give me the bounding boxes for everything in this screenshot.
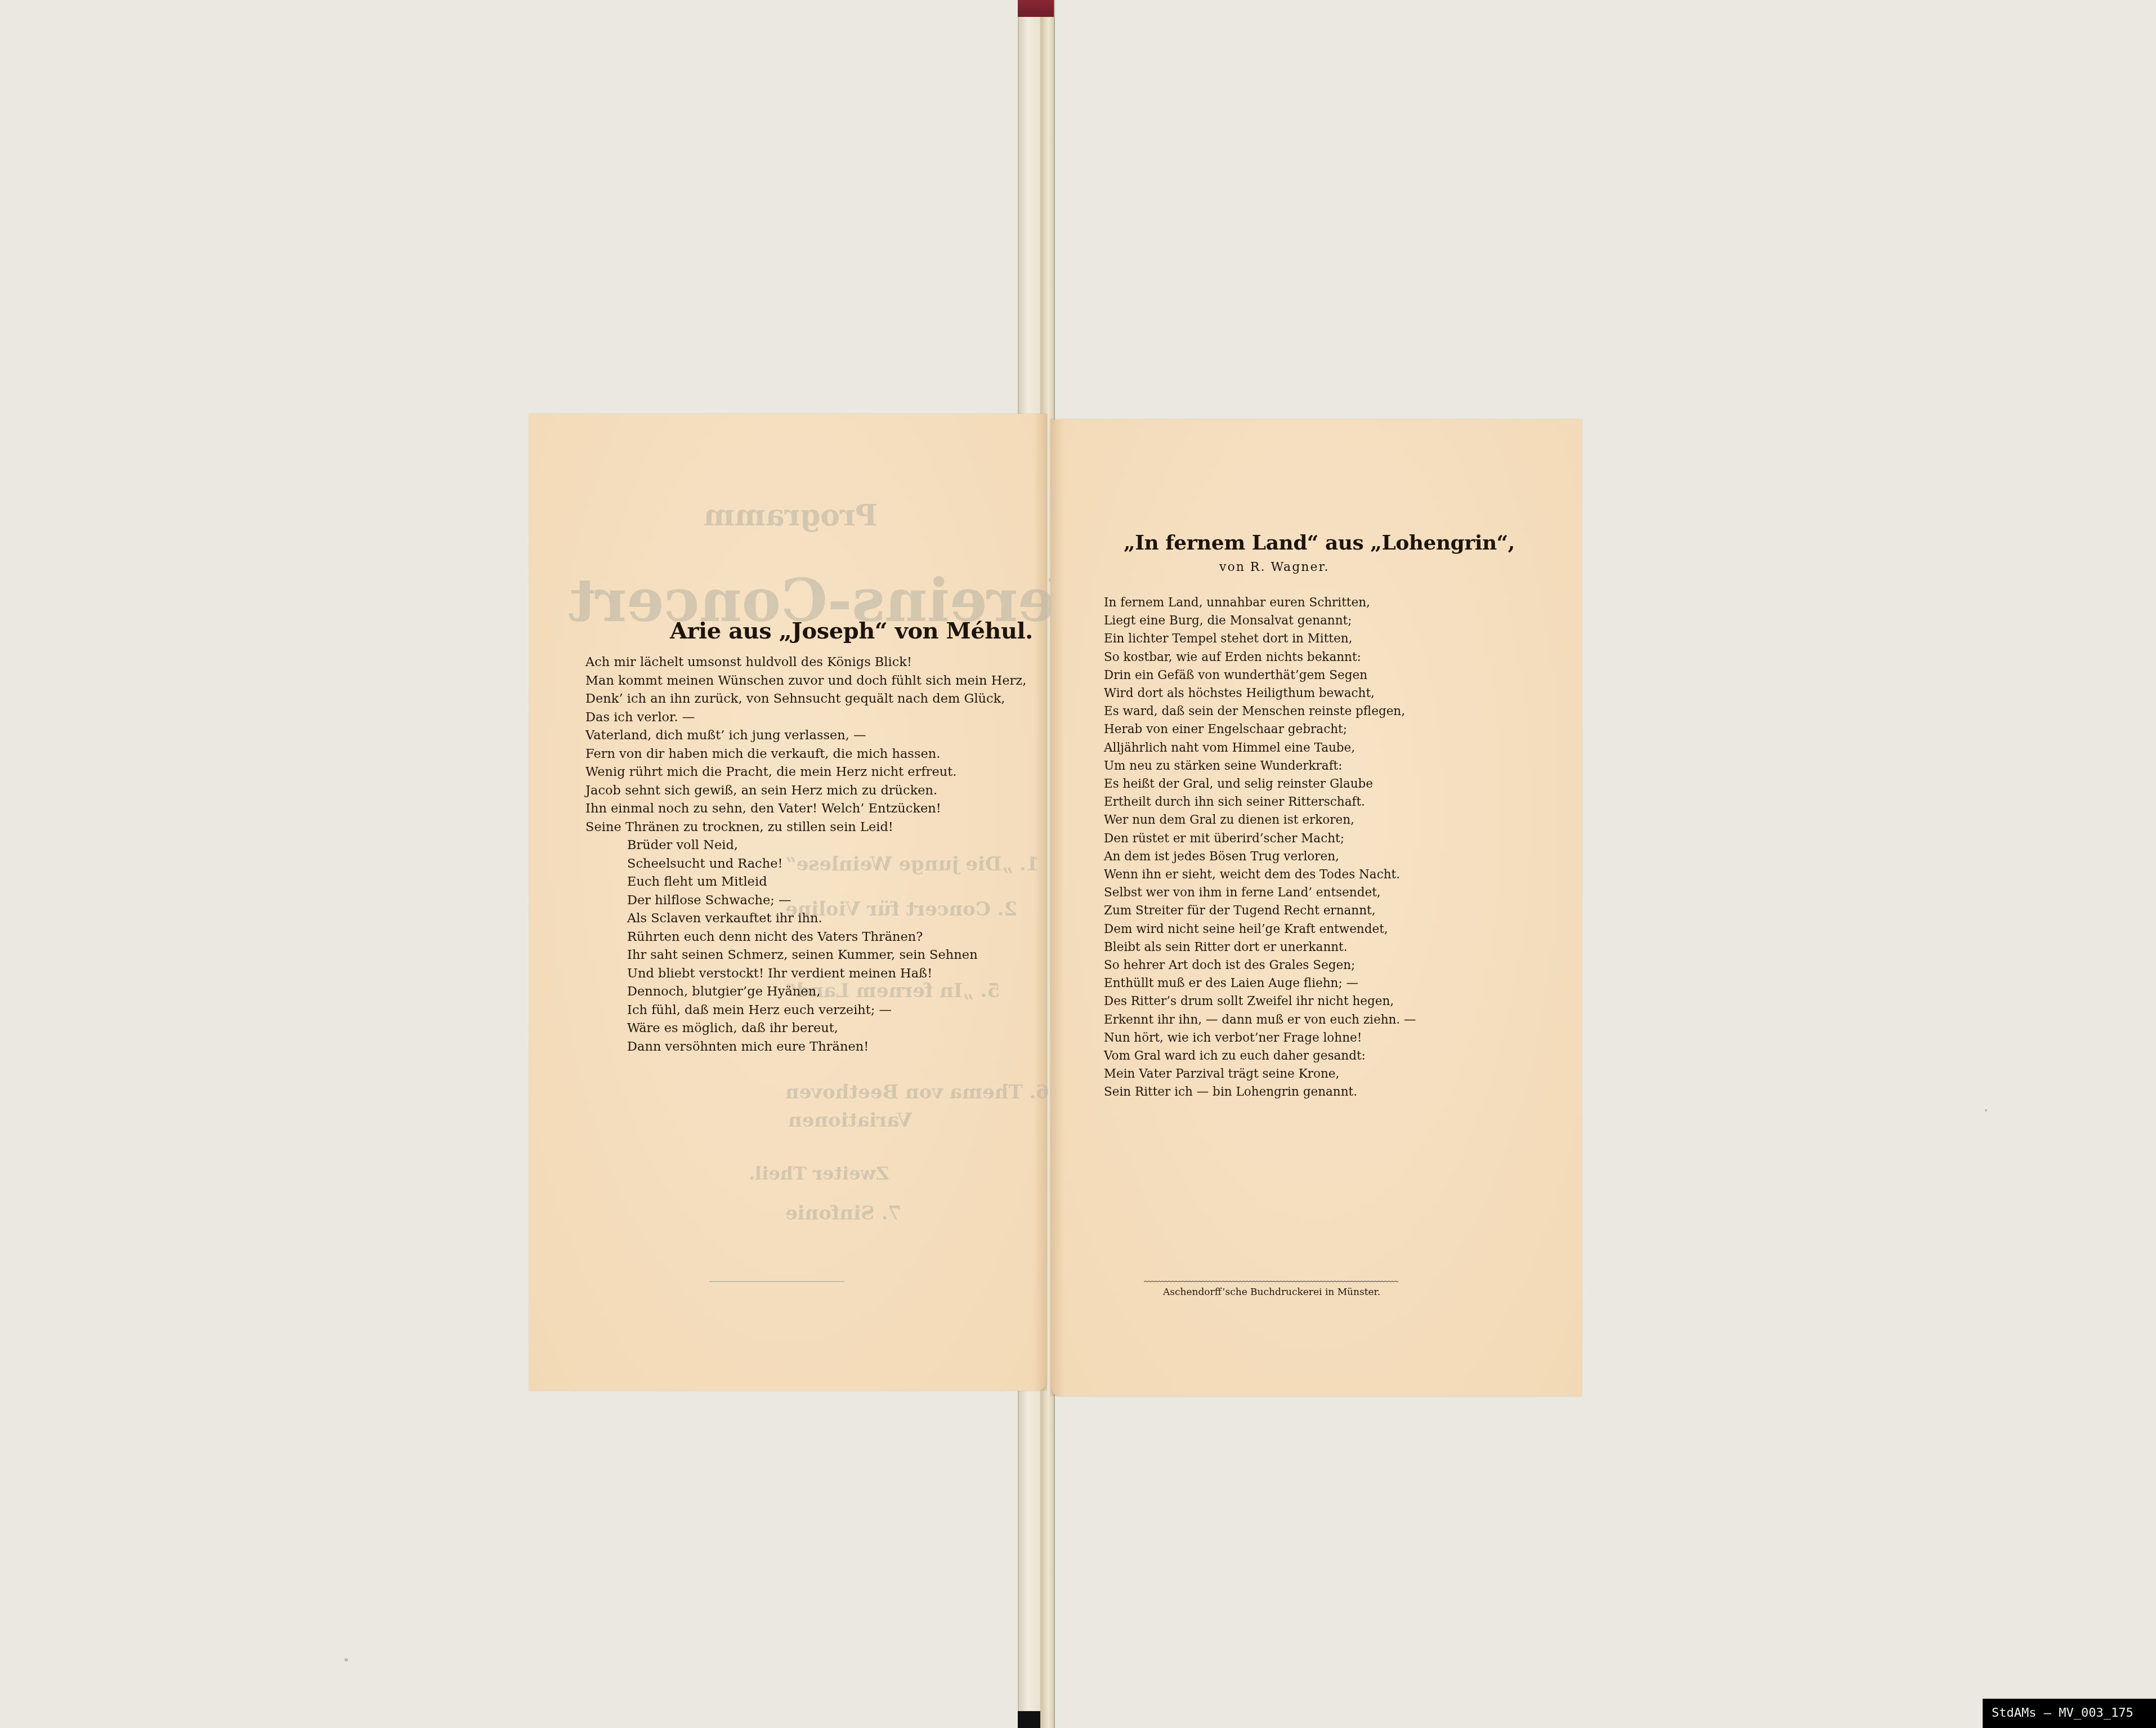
show-through-section: Zweiter Theil. xyxy=(749,1163,889,1184)
binding-cap xyxy=(1018,0,1054,17)
verse-line: Ertheilt durch ihn sich seiner Rittersch… xyxy=(1104,793,1416,811)
verse-line: Seine Thränen zu trocknen, zu stillen se… xyxy=(585,818,1026,837)
verse-line: Wird dort als höchstes Heiligthum bewach… xyxy=(1104,685,1416,703)
gutter-shade xyxy=(1034,414,1047,1391)
verse-line: Als Sclaven verkauftet ihr ihn. xyxy=(585,909,1026,928)
paper-speck xyxy=(345,1658,348,1662)
verse-line: Es ward, daß sein der Menschen reinste p… xyxy=(1104,703,1416,721)
verse-line: Ich fühl, daß mein Herz euch verzeiht; — xyxy=(585,1001,1026,1020)
gutter-shade xyxy=(1050,419,1064,1396)
aria-verses: Ach mir lächelt umsonst huldvoll des Kön… xyxy=(585,653,1026,1056)
show-through-heading-small: Programm xyxy=(704,498,878,533)
verse-line: Ihr saht seinen Schmerz, seinen Kummer, … xyxy=(585,946,1026,965)
verse-line: Es heißt der Gral, und selig reinster Gl… xyxy=(1104,775,1416,793)
verse-line: Brüder voll Neid, xyxy=(585,836,1026,855)
verse-line: Enthüllt muß er des Laien Auge fliehn; — xyxy=(1104,975,1416,993)
composer-byline: von R. Wagner. xyxy=(1219,560,1330,574)
verse-line: An dem ist jedes Bösen Trug verloren, xyxy=(1104,848,1416,866)
verse-line: Ihn einmal noch zu sehn, den Vater! Welc… xyxy=(585,800,1026,818)
verse-line: Rührten euch denn nicht des Vaters Thrän… xyxy=(585,928,1026,946)
verse-line: Sein Ritter ich — bin Lohengrin genannt. xyxy=(1104,1083,1416,1101)
verse-line: Bleibt als sein Ritter dort er unerkannt… xyxy=(1104,939,1416,957)
left-page: Programm Vereins-Concert 1. „Die junge W… xyxy=(529,414,1047,1391)
verse-line: Denk’ ich an ihn zurück, von Sehnsucht g… xyxy=(585,690,1026,708)
verse-line: Ein lichter Tempel stehet dort in Mitten… xyxy=(1104,630,1416,648)
verse-line: Alljährlich naht vom Himmel eine Taube, xyxy=(1104,739,1416,757)
verse-line: Man kommt meinen Wünschen zuvor und doch… xyxy=(585,672,1026,690)
verse-line: Herab von einer Engelschaar gebracht; xyxy=(1104,721,1416,739)
verse-line: Zum Streiter für der Tugend Recht ernann… xyxy=(1104,902,1416,920)
lohengrin-verses: In fernem Land, unnahbar euren Schritten… xyxy=(1104,594,1416,1102)
decorative-wavy-rule xyxy=(1144,1279,1398,1283)
archive-label: StdAMs – MV_003_175 xyxy=(1983,1699,2156,1728)
paper-speck xyxy=(1985,1109,1987,1111)
show-through-rule xyxy=(709,1281,844,1282)
verse-line: Drin ein Gefäß von wunderthät’gem Segen xyxy=(1104,667,1416,685)
verse-line: Liegt eine Burg, die Monsalvat genannt; xyxy=(1104,612,1416,630)
verse-line: Nun hört, wie ich verbot’ner Frage lohne… xyxy=(1104,1029,1416,1047)
verse-line: Den rüstet er mit überird’scher Macht; xyxy=(1104,830,1416,848)
verse-line: Erkennt ihr ihn, — dann muß er von euch … xyxy=(1104,1011,1416,1029)
verse-line: Vaterland, dich mußt’ ich jung verlassen… xyxy=(585,726,1026,745)
verse-line: Dennoch, blutgier’ge Hyänen, xyxy=(585,983,1026,1001)
verse-line: Mein Vater Parzival trägt seine Krone, xyxy=(1104,1065,1416,1083)
verse-line: Und bliebt verstockt! Ihr verdient meine… xyxy=(585,965,1026,983)
verse-line: Des Ritter’s drum sollt Zweifel ihr nich… xyxy=(1104,993,1416,1011)
printer-imprint: Aschendorff’sche Buchdruckerei in Münste… xyxy=(1163,1287,1380,1298)
verse-line: Fern von dir haben mich die verkauft, di… xyxy=(585,745,1026,763)
show-through-item: 6. Thema von Beethoven xyxy=(785,1081,1049,1104)
verse-line: Wer nun dem Gral zu dienen ist erkoren, xyxy=(1104,811,1416,829)
verse-line: Der hilflose Schwache; — xyxy=(585,891,1026,910)
lohengrin-title: „In fernem Land“ aus „Lohengrin“, xyxy=(1124,531,1515,555)
verse-line: Dann versöhnten mich eure Thränen! xyxy=(585,1038,1026,1056)
verse-line: Selbst wer von ihm in ferne Land’ entsen… xyxy=(1104,884,1416,902)
verse-line: Euch fleht um Mitleid xyxy=(585,873,1026,891)
verse-line: Dem wird nicht seine heil’ge Kraft entwe… xyxy=(1104,921,1416,939)
verse-line: So kostbar, wie auf Erden nichts bekannt… xyxy=(1104,649,1416,667)
show-through-item: Variationen xyxy=(788,1109,913,1132)
verse-line: So hehrer Art doch ist des Grales Segen; xyxy=(1104,957,1416,975)
show-through-item: 7. Sinfonie xyxy=(785,1202,901,1225)
verse-line: Wäre es möglich, daß ihr bereut, xyxy=(585,1019,1026,1038)
verse-line: Jacob sehnt sich gewiß, an sein Herz mic… xyxy=(585,782,1026,800)
verse-line: Ach mir lächelt umsonst huldvoll des Kön… xyxy=(585,653,1026,672)
aria-title: Arie aus „Joseph“ von Méhul. xyxy=(670,618,1033,644)
verse-line: Um neu zu stärken seine Wunderkraft: xyxy=(1104,757,1416,775)
spine-foot-shadow xyxy=(1018,1711,1040,1728)
verse-line: Scheelsucht und Rache! xyxy=(585,855,1026,873)
verse-line: Vom Gral ward ich zu euch daher gesandt: xyxy=(1104,1047,1416,1065)
verse-line: In fernem Land, unnahbar euren Schritten… xyxy=(1104,594,1416,612)
right-page: „In fernem Land“ aus „Lohengrin“, von R.… xyxy=(1050,419,1582,1396)
verse-line: Das ich verlor. — xyxy=(585,708,1026,727)
verse-line: Wenig rührt mich die Pracht, die mein He… xyxy=(585,763,1026,782)
verse-line: Wenn ihn er sieht, weicht dem des Todes … xyxy=(1104,866,1416,884)
